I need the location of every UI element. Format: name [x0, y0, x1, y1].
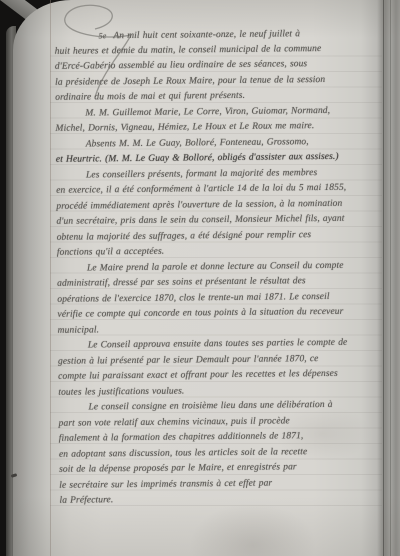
handwritten-text: 5eAn mil huit cent soixante-onze, le neu…	[54, 25, 400, 509]
handwriting-text: An mil huit cent soixante-onze, le neuf …	[113, 29, 300, 41]
manuscript-photo: 5eAn mil huit cent soixante-onze, le neu…	[0, 0, 400, 556]
paragraph-mark: 5e	[99, 31, 114, 40]
